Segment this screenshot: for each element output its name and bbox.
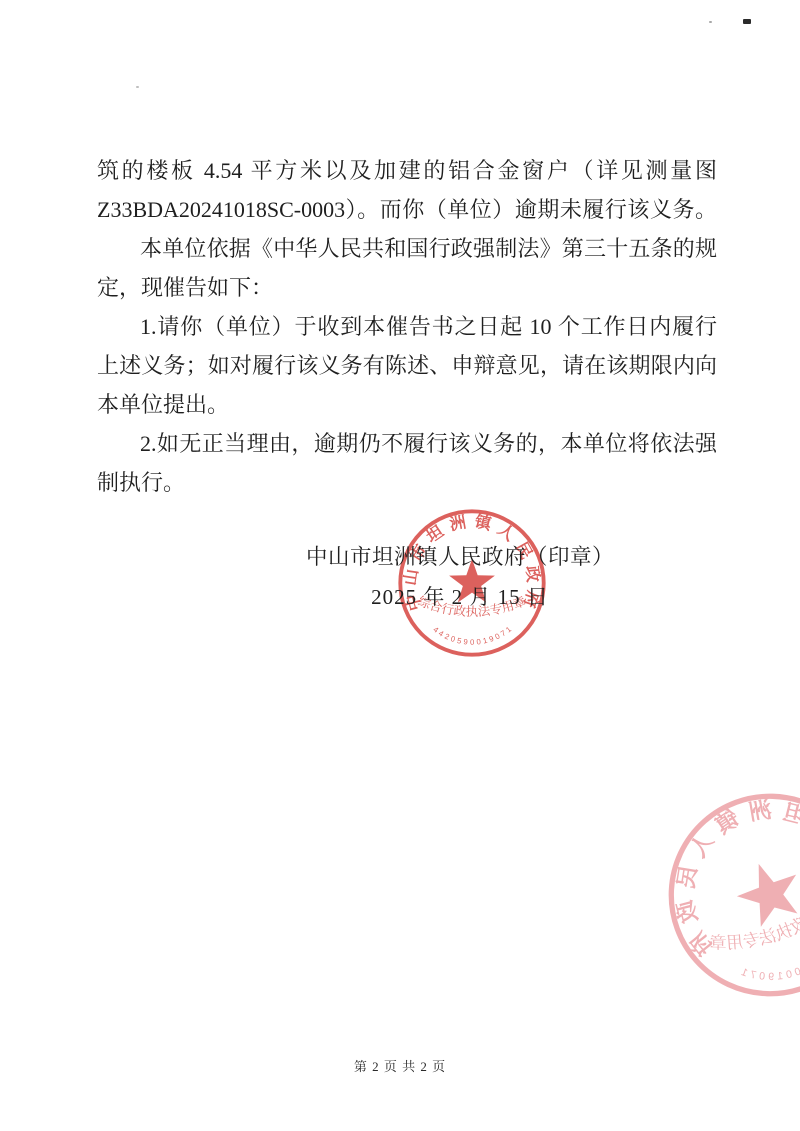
bleed-through-seal: 中山市坦洲镇人民政府 综合行政执法专用章 4420590019071 [634, 759, 800, 1031]
body-text-line: 本单位提出。 [97, 385, 717, 424]
signature-org-line: 中山市坦洲镇人民政府（印章） [230, 542, 690, 573]
body-text-line: 上述义务；如对履行该义务有陈述、申辩意见，请在该期限内向 [97, 346, 717, 385]
body-text-line: 筑的楼板 4.54 平方米以及加建的铝合金窗户（详见测量图 [97, 151, 717, 190]
body-text-line: 本单位依据《中华人民共和国行政强制法》第三十五条的规 [97, 229, 717, 268]
star-icon [729, 853, 800, 931]
page-number-footer: 第 2 页 共 2 页 [0, 1059, 800, 1074]
document-page: 筑的楼板 4.54 平方米以及加建的铝合金窗户（详见测量图Z33BDA20241… [0, 0, 800, 1131]
body-text: 筑的楼板 4.54 平方米以及加建的铝合金窗户（详见测量图Z33BDA20241… [97, 151, 717, 502]
body-text-line: 定，现催告如下： [97, 268, 717, 307]
seal-code-arc-text: 4420590019071 [431, 623, 515, 647]
body-text-line: 2.如无正当理由，逾期仍不履行该义务的，本单位将依法强 [97, 424, 717, 463]
body-text-line: 制执行。 [97, 463, 717, 502]
scan-artifact-speck [709, 21, 712, 23]
scan-artifact-speck [136, 86, 139, 88]
body-text-line: 1.请你（单位）于收到本催告书之日起 10 个工作日内履行 [97, 307, 717, 346]
signature-date-line: 2025 年 2 月 15 日 [230, 582, 690, 613]
scan-artifact-speck [743, 19, 751, 24]
body-text-line: Z33BDA20241018SC-0003）。而你（单位）逾期未履行该义务。 [97, 190, 717, 229]
signature-block: 中山市坦洲镇人民政府（印章） 2025 年 2 月 15 日 [230, 542, 690, 613]
